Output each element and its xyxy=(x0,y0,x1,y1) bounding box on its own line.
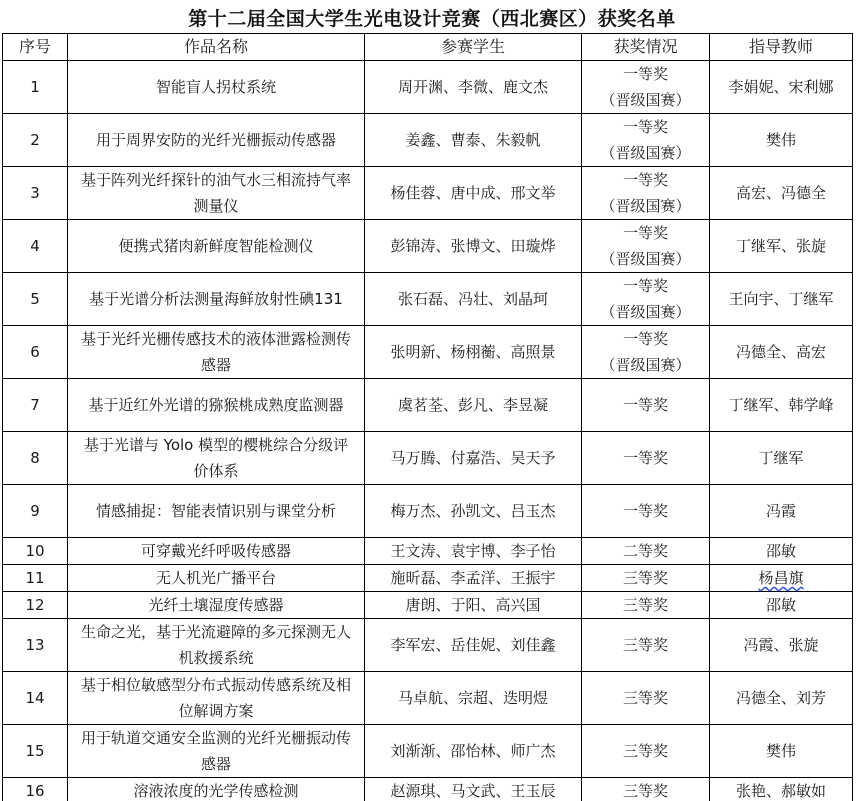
cell-project-text: 基于光谱分析法测量海鲜放射性碘131 xyxy=(89,290,343,308)
cell-project: 基于光谱与 Yolo 模型的樱桃综合分级评价体系 xyxy=(68,432,365,485)
table-row: 7基于近红外光谱的猕猴桃成熟度监测器虞茗荃、彭凡、李昱凝一等奖丁继军、韩学峰 xyxy=(3,379,853,432)
cell-advisors: 冯霞 xyxy=(710,485,853,538)
cell-no-text: 1 xyxy=(30,78,40,96)
cell-no: 14 xyxy=(3,672,68,725)
cell-advisors-text: 张艳、郝敏如 xyxy=(736,782,826,800)
cell-no-text: 7 xyxy=(30,396,40,414)
cell-project-text: 用于轨道交通安全监测的光纤光栅振动传感器 xyxy=(81,729,351,773)
header-no: 序号 xyxy=(3,34,68,61)
cell-advisors: 杨昌旗 xyxy=(710,565,853,592)
award-level: 三等奖 xyxy=(586,778,705,801)
cell-students: 施昕磊、李孟洋、王振宇 xyxy=(365,565,582,592)
cell-advisors-text: 冯德全、高宏 xyxy=(736,343,826,361)
award-note: （晋级国赛） xyxy=(586,352,705,378)
cell-no-text: 5 xyxy=(30,290,40,308)
cell-advisors-text: 高宏、冯德全 xyxy=(736,184,826,202)
header-advisors: 指导教师 xyxy=(710,34,853,61)
cell-advisors-text: 李娟妮、宋利娜 xyxy=(728,78,833,96)
award-level: 一等奖 xyxy=(586,114,705,140)
cell-award: 一等奖（晋级国赛） xyxy=(582,114,710,167)
cell-students: 周开渊、李微、鹿文杰 xyxy=(365,61,582,114)
cell-project-text: 基于光纤光栅传感技术的液体泄露检测传感器 xyxy=(81,330,351,374)
cell-award: 三等奖 xyxy=(582,592,710,619)
cell-project-text: 便携式猪肉新鲜度智能检测仪 xyxy=(118,237,313,255)
cell-no: 15 xyxy=(3,725,68,778)
cell-no: 12 xyxy=(3,592,68,619)
cell-students-text: 姜鑫、曹泰、朱毅帆 xyxy=(405,131,540,149)
cell-advisors: 丁继军、韩学峰 xyxy=(710,379,853,432)
table-row: 9情感捕捉：智能表情识别与课堂分析梅万杰、孙凯文、吕玉杰一等奖冯霞 xyxy=(3,485,853,538)
award-note: （晋级国赛） xyxy=(586,299,705,325)
cell-students: 马万腾、付嘉浩、吴天予 xyxy=(365,432,582,485)
cell-students-text: 马万腾、付嘉浩、吴天予 xyxy=(390,449,555,467)
cell-no: 2 xyxy=(3,114,68,167)
award-level: 一等奖 xyxy=(586,167,705,193)
cell-project: 用于轨道交通安全监测的光纤光栅振动传感器 xyxy=(68,725,365,778)
cell-project: 生命之光，基于光流避障的多元探测无人机救援系统 xyxy=(68,619,365,672)
cell-students: 张明新、杨栩蘅、高照景 xyxy=(365,326,582,379)
award-level: 二等奖 xyxy=(586,538,705,564)
cell-students: 姜鑫、曹泰、朱毅帆 xyxy=(365,114,582,167)
table-row: 13生命之光，基于光流避障的多元探测无人机救援系统李军宏、岳佳妮、刘佳鑫三等奖冯… xyxy=(3,619,853,672)
cell-students-text: 赵源琪、马文武、王玉辰 xyxy=(390,782,555,800)
table-row: 4便携式猪肉新鲜度智能检测仪彭锦涛、张博文、田璇烨一等奖（晋级国赛）丁继军、张旋 xyxy=(3,220,853,273)
cell-advisors-text: 王向宇、丁继军 xyxy=(728,290,833,308)
cell-advisors: 丁继军、张旋 xyxy=(710,220,853,273)
cell-advisors-text: 樊伟 xyxy=(766,131,796,149)
cell-no-text: 11 xyxy=(25,569,44,587)
cell-students: 梅万杰、孙凯文、吕玉杰 xyxy=(365,485,582,538)
cell-no-text: 15 xyxy=(25,742,44,760)
cell-project: 基于光纤光栅传感技术的液体泄露检测传感器 xyxy=(68,326,365,379)
cell-award: 三等奖 xyxy=(582,619,710,672)
cell-award: 三等奖 xyxy=(582,725,710,778)
cell-project: 光纤土壤湿度传感器 xyxy=(68,592,365,619)
cell-advisors-text: 樊伟 xyxy=(766,742,796,760)
header-project: 作品名称 xyxy=(68,34,365,61)
cell-students: 虞茗荃、彭凡、李昱凝 xyxy=(365,379,582,432)
cell-advisors: 邵敏 xyxy=(710,592,853,619)
cell-students-text: 梅万杰、孙凯文、吕玉杰 xyxy=(390,502,555,520)
table-row: 1智能盲人拐杖系统周开渊、李微、鹿文杰一等奖（晋级国赛）李娟妮、宋利娜 xyxy=(3,61,853,114)
cell-advisors: 高宏、冯德全 xyxy=(710,167,853,220)
table-row: 5基于光谱分析法测量海鲜放射性碘131张石磊、冯壮、刘晶珂一等奖（晋级国赛）王向… xyxy=(3,273,853,326)
cell-students: 彭锦涛、张博文、田璇烨 xyxy=(365,220,582,273)
cell-students: 杨佳蓉、唐中成、邢文举 xyxy=(365,167,582,220)
table-row: 16溶液浓度的光学传感检测赵源琪、马文武、王玉辰三等奖张艳、郝敏如 xyxy=(3,778,853,801)
cell-advisors-text: 丁继军、韩学峰 xyxy=(728,396,833,414)
cell-advisors-text: 邵敏 xyxy=(766,542,796,560)
cell-students: 李军宏、岳佳妮、刘佳鑫 xyxy=(365,619,582,672)
cell-advisors: 张艳、郝敏如 xyxy=(710,778,853,801)
cell-no-text: 10 xyxy=(25,542,44,560)
cell-project-text: 基于近红外光谱的猕猴桃成熟度监测器 xyxy=(88,396,343,414)
award-level: 一等奖 xyxy=(586,273,705,299)
cell-no-text: 3 xyxy=(30,184,40,202)
table-row: 8基于光谱与 Yolo 模型的樱桃综合分级评价体系马万腾、付嘉浩、吴天予一等奖丁… xyxy=(3,432,853,485)
cell-project-text: 基于相位敏感型分布式振动传感系统及相位解调方案 xyxy=(81,676,351,720)
cell-advisors: 邵敏 xyxy=(710,538,853,565)
cell-project-text: 用于周界安防的光纤光栅振动传感器 xyxy=(96,131,336,149)
table-row: 2用于周界安防的光纤光栅振动传感器姜鑫、曹泰、朱毅帆一等奖（晋级国赛）樊伟 xyxy=(3,114,853,167)
cell-students-text: 李军宏、岳佳妮、刘佳鑫 xyxy=(390,636,555,654)
cell-no: 11 xyxy=(3,565,68,592)
award-level: 三等奖 xyxy=(586,738,705,764)
cell-project-text: 可穿戴光纤呼吸传感器 xyxy=(141,542,291,560)
cell-award: 一等奖 xyxy=(582,432,710,485)
cell-no: 3 xyxy=(3,167,68,220)
cell-project-text: 光纤土壤湿度传感器 xyxy=(148,596,283,614)
cell-no-text: 4 xyxy=(30,237,40,255)
cell-project: 智能盲人拐杖系统 xyxy=(68,61,365,114)
cell-no: 13 xyxy=(3,619,68,672)
cell-no: 16 xyxy=(3,778,68,801)
award-note: （晋级国赛） xyxy=(586,193,705,219)
award-note: （晋级国赛） xyxy=(586,246,705,272)
table-row: 11无人机光广播平台施昕磊、李孟洋、王振宇三等奖杨昌旗 xyxy=(3,565,853,592)
cell-project-text: 智能盲人拐杖系统 xyxy=(156,78,276,96)
cell-advisors: 李娟妮、宋利娜 xyxy=(710,61,853,114)
cell-project-text: 无人机光广播平台 xyxy=(156,569,276,587)
cell-award: 一等奖（晋级国赛） xyxy=(582,61,710,114)
cell-advisors-text: 杨昌旗 xyxy=(758,569,803,587)
cell-project-text: 生命之光，基于光流避障的多元探测无人机救援系统 xyxy=(81,623,351,667)
cell-advisors-text: 丁继军、张旋 xyxy=(736,237,826,255)
cell-students-text: 王文涛、袁宇博、李子怡 xyxy=(390,542,555,560)
cell-students-text: 唐朗、于阳、高兴国 xyxy=(405,596,540,614)
cell-students: 唐朗、于阳、高兴国 xyxy=(365,592,582,619)
awards-table: 序号 作品名称 参赛学生 获奖情况 指导教师 1智能盲人拐杖系统周开渊、李微、鹿… xyxy=(2,33,853,801)
cell-advisors: 樊伟 xyxy=(710,114,853,167)
cell-no: 6 xyxy=(3,326,68,379)
cell-award: 一等奖（晋级国赛） xyxy=(582,273,710,326)
award-level: 一等奖 xyxy=(586,61,705,87)
cell-students: 马卓航、宗超、迭明煜 xyxy=(365,672,582,725)
cell-advisors-text: 冯霞、张旋 xyxy=(743,636,818,654)
cell-no: 9 xyxy=(3,485,68,538)
award-level: 一等奖 xyxy=(586,220,705,246)
cell-students: 赵源琪、马文武、王玉辰 xyxy=(365,778,582,801)
cell-no-text: 9 xyxy=(30,502,40,520)
cell-project: 溶液浓度的光学传感检测 xyxy=(68,778,365,801)
table-row: 15用于轨道交通安全监测的光纤光栅振动传感器刘渐渐、邵怡林、师广杰三等奖樊伟 xyxy=(3,725,853,778)
cell-project: 可穿戴光纤呼吸传感器 xyxy=(68,538,365,565)
award-level: 一等奖 xyxy=(586,445,705,471)
award-level: 一等奖 xyxy=(586,326,705,352)
document-title: 第十二届全国大学生光电设计竞赛（西北赛区）获奖名单 xyxy=(0,4,864,31)
award-note: （晋级国赛） xyxy=(586,140,705,166)
cell-advisors: 丁继军 xyxy=(710,432,853,485)
cell-no: 4 xyxy=(3,220,68,273)
cell-project: 基于近红外光谱的猕猴桃成熟度监测器 xyxy=(68,379,365,432)
cell-no: 7 xyxy=(3,379,68,432)
cell-advisors: 冯德全、高宏 xyxy=(710,326,853,379)
cell-award: 一等奖 xyxy=(582,379,710,432)
cell-students: 王文涛、袁宇博、李子怡 xyxy=(365,538,582,565)
cell-no: 10 xyxy=(3,538,68,565)
table-row: 6基于光纤光栅传感技术的液体泄露检测传感器张明新、杨栩蘅、高照景一等奖（晋级国赛… xyxy=(3,326,853,379)
table-row: 12光纤土壤湿度传感器唐朗、于阳、高兴国三等奖邵敏 xyxy=(3,592,853,619)
cell-project: 基于阵列光纤探针的油气水三相流持气率测量仪 xyxy=(68,167,365,220)
cell-no: 8 xyxy=(3,432,68,485)
award-level: 一等奖 xyxy=(586,392,705,418)
cell-project-text: 溶液浓度的光学传感检测 xyxy=(133,782,298,800)
cell-no-text: 8 xyxy=(30,449,40,467)
cell-no-text: 6 xyxy=(30,343,40,361)
award-level: 三等奖 xyxy=(586,592,705,618)
table-row: 3基于阵列光纤探针的油气水三相流持气率测量仪杨佳蓉、唐中成、邢文举一等奖（晋级国… xyxy=(3,167,853,220)
cell-award: 三等奖 xyxy=(582,778,710,801)
cell-award: 三等奖 xyxy=(582,672,710,725)
cell-no-text: 13 xyxy=(25,636,44,654)
cell-advisors: 樊伟 xyxy=(710,725,853,778)
cell-advisors-text: 冯霞 xyxy=(766,502,796,520)
cell-students-text: 张明新、杨栩蘅、高照景 xyxy=(390,343,555,361)
table-body: 1智能盲人拐杖系统周开渊、李微、鹿文杰一等奖（晋级国赛）李娟妮、宋利娜2用于周界… xyxy=(3,61,853,801)
header-award: 获奖情况 xyxy=(582,34,710,61)
cell-advisors: 冯霞、张旋 xyxy=(710,619,853,672)
cell-project: 基于光谱分析法测量海鲜放射性碘131 xyxy=(68,273,365,326)
cell-project: 情感捕捉：智能表情识别与课堂分析 xyxy=(68,485,365,538)
award-level: 三等奖 xyxy=(586,632,705,658)
cell-students-text: 虞茗荃、彭凡、李昱凝 xyxy=(398,396,548,414)
table-header-row: 序号 作品名称 参赛学生 获奖情况 指导教师 xyxy=(3,34,853,61)
cell-award: 一等奖（晋级国赛） xyxy=(582,326,710,379)
cell-project: 便携式猪肉新鲜度智能检测仪 xyxy=(68,220,365,273)
cell-advisors-text: 丁继军 xyxy=(758,449,803,467)
cell-students-text: 杨佳蓉、唐中成、邢文举 xyxy=(390,184,555,202)
cell-students-text: 刘渐渐、邵怡林、师广杰 xyxy=(390,742,555,760)
cell-award: 一等奖（晋级国赛） xyxy=(582,167,710,220)
cell-project: 无人机光广播平台 xyxy=(68,565,365,592)
award-note: （晋级国赛） xyxy=(586,87,705,113)
cell-students-text: 张石磊、冯壮、刘晶珂 xyxy=(398,290,548,308)
cell-project: 用于周界安防的光纤光栅振动传感器 xyxy=(68,114,365,167)
cell-students: 刘渐渐、邵怡林、师广杰 xyxy=(365,725,582,778)
award-level: 一等奖 xyxy=(586,498,705,524)
cell-students-text: 彭锦涛、张博文、田璇烨 xyxy=(390,237,555,255)
cell-students: 张石磊、冯壮、刘晶珂 xyxy=(365,273,582,326)
cell-students-text: 马卓航、宗超、迭明煜 xyxy=(398,689,548,707)
cell-project: 基于相位敏感型分布式振动传感系统及相位解调方案 xyxy=(68,672,365,725)
table-row: 14基于相位敏感型分布式振动传感系统及相位解调方案马卓航、宗超、迭明煜三等奖冯德… xyxy=(3,672,853,725)
cell-students-text: 周开渊、李微、鹿文杰 xyxy=(398,78,548,96)
cell-project-text: 基于光谱与 Yolo 模型的樱桃综合分级评价体系 xyxy=(84,436,348,480)
cell-project-text: 基于阵列光纤探针的油气水三相流持气率测量仪 xyxy=(81,171,351,215)
cell-no: 1 xyxy=(3,61,68,114)
award-level: 三等奖 xyxy=(586,565,705,591)
cell-no-text: 16 xyxy=(25,782,44,800)
cell-advisors: 王向宇、丁继军 xyxy=(710,273,853,326)
table-row: 10可穿戴光纤呼吸传感器王文涛、袁宇博、李子怡二等奖邵敏 xyxy=(3,538,853,565)
cell-no-text: 12 xyxy=(25,596,44,614)
cell-award: 二等奖 xyxy=(582,538,710,565)
award-level: 三等奖 xyxy=(586,685,705,711)
cell-advisors-text: 邵敏 xyxy=(766,596,796,614)
cell-award: 一等奖（晋级国赛） xyxy=(582,220,710,273)
cell-advisors-text: 冯德全、刘芳 xyxy=(736,689,826,707)
cell-award: 一等奖 xyxy=(582,485,710,538)
cell-no: 5 xyxy=(3,273,68,326)
cell-no-text: 14 xyxy=(25,689,44,707)
header-students: 参赛学生 xyxy=(365,34,582,61)
cell-advisors: 冯德全、刘芳 xyxy=(710,672,853,725)
cell-award: 三等奖 xyxy=(582,565,710,592)
cell-students-text: 施昕磊、李孟洋、王振宇 xyxy=(390,569,555,587)
cell-no-text: 2 xyxy=(30,131,40,149)
cell-project-text: 情感捕捉：智能表情识别与课堂分析 xyxy=(96,502,336,520)
